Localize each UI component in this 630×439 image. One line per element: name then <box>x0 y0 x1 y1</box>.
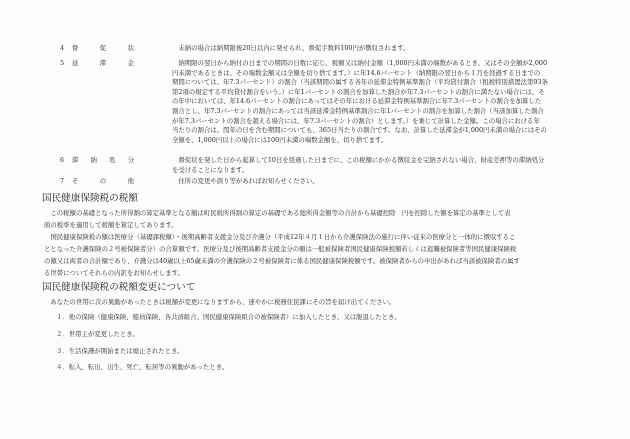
item-7-term: 7 そ の 他 <box>60 177 150 187</box>
desc-line: 円未満であるときは、その端数金額又は全額を切り捨てます。）に年14.6パーセント… <box>172 69 622 79</box>
para-line: 国民健康保険税の額は医療分（基礎課税額）・後期高齢者支援金分及び介護分（平成12… <box>44 231 624 243</box>
list-item: ３．生活保護が開始または廃止されたとき。 <box>56 347 184 357</box>
item-number: 4 <box>60 44 72 54</box>
desc-line: 第2項の規定する平均貸付割合をいう。）に年1パーセントの割合を加算した割合が年7… <box>172 88 622 98</box>
para-line: 面の税率を適用して税額を算定してあります。 <box>44 219 624 231</box>
term-char: 督 <box>72 44 78 54</box>
section-heading-tax-change: 国民健康保険税の税額変更について <box>42 282 195 294</box>
desc-line: の年中においては、年14.6パーセントの割合にあってはその年における延滞金特例基… <box>172 97 622 107</box>
para-line: この税額の基礎となった所得割の算定基準となる額は町民税所得割の算定の基礎である総… <box>44 207 624 219</box>
term-char: 滞 <box>100 59 106 69</box>
item-number: 6 <box>60 156 72 166</box>
desc-line: 全額を、1,000円以上の場合には100円未満の端数金額を、切り捨てます。 <box>172 136 622 146</box>
item-4-description: 未納の場合は納期限後20日以内に発せられ、督促手数料100円が徴収されます。 <box>172 44 622 54</box>
item-6-description: 督促状を発した日から起算して10日を経過した日までに、この税額にかかる徴収金を完… <box>172 156 622 175</box>
desc-line: 納期限の翌日から納付の日までの期間の日数に応じ、税額又は納付金額（1,000円未… <box>172 59 622 69</box>
para-line: る世帯についてそれらの内訳をお知らせします。 <box>44 267 624 279</box>
item-number: 5 <box>60 59 72 69</box>
item-7-description: 住所の変更や誤り等があればお知らせください。 <box>172 177 622 187</box>
item-6-term: 6 滞 納 処 分 <box>60 156 150 166</box>
list-item: ２．世帯主が変更したとき。 <box>56 330 139 340</box>
list-item: １．他の保険（健康保険、船員保険、各共済組合、国民健康保険組合の被保険者）に加入… <box>56 313 401 323</box>
list-item: ４．転入、転出、出生、死亡、転居等の異動があったとき。 <box>56 363 228 373</box>
term-char: の <box>100 177 106 187</box>
term-char: 促 <box>100 44 106 54</box>
item-4-term: 4 督 促 状 <box>60 44 150 54</box>
tax-notice-document: 4 督 促 状 未納の場合は納期限後20日以内に発せられ、督促手数料100円が徴… <box>0 0 630 439</box>
term-char: 他 <box>128 177 134 187</box>
desc-line: 住所の変更や誤り等があればお知らせください。 <box>172 177 622 187</box>
section-tax-amount-body: この税額の基礎となった所得割の算定基準となる額は町民税所得割の算定の基礎である総… <box>44 207 624 279</box>
section-tax-change-intro: あなたの世帯に次の異動があったときは税額が変更になりますから、速やかに税務住民課… <box>44 296 624 308</box>
desc-line: 期間については、年7.3パーセント）の割合（当該期間の属する各年の延滞金特例基準… <box>172 78 622 88</box>
section-heading-tax-amount: 国民健康保険税の税額 <box>42 193 138 205</box>
term-char: 延 <box>72 59 78 69</box>
item-number: 7 <box>60 177 72 187</box>
term-char: 処 <box>109 156 115 166</box>
term-char: 状 <box>128 44 134 54</box>
para-line: の額又は両者の合計額であり、介護分は40歳以上65歳未満の介護保険の２号被保険者… <box>44 255 624 267</box>
desc-line: が年7.3パーセントの割合を超える場合には、年7.3パーセントの割合）とします。… <box>172 117 622 127</box>
desc-line: 督促状を発した日から起算して10日を経過した日までに、この税額にかかる徴収金を完… <box>172 156 622 166</box>
term-char: 分 <box>128 156 134 166</box>
term-char: 納 <box>91 156 97 166</box>
desc-line: 当たりの割合は、閏年の日を含む期間についても、365日当たりの割合です。なお、計… <box>172 126 622 136</box>
desc-line: 割合とし、年7.3パーセントの割合にあっては当該延滞金特例基準割合に年1パーセン… <box>172 107 622 117</box>
term-char: 金 <box>128 59 134 69</box>
term-char: そ <box>72 177 78 187</box>
desc-line: 未納の場合は納期限後20日以内に発せられ、督促手数料100円が徴収されます。 <box>172 44 622 54</box>
item-5-term: 5 延 滞 金 <box>60 59 150 69</box>
item-5-description: 納期限の翌日から納付の日までの期間の日数に応じ、税額又は納付金額（1,000円未… <box>172 59 622 145</box>
para-line: ととなった介護保険の２号被保険者分）の合算額です。医療分及び後期高齢者支援金分の… <box>44 243 624 255</box>
desc-line: を受けることになります。 <box>172 166 622 176</box>
term-char: 滞 <box>72 156 78 166</box>
